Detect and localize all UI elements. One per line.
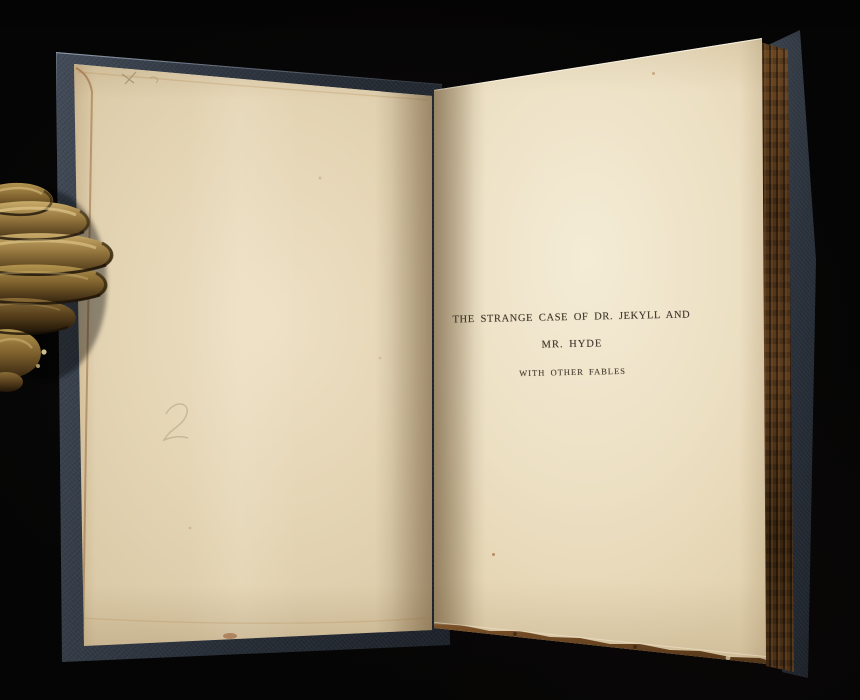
left-flyleaf-page — [70, 58, 435, 650]
specular-glint — [41, 349, 46, 354]
title-page: THE STRANGE CASE OF DR. JEKYLL AND MR. H… — [430, 28, 770, 670]
brass-hand-stand — [0, 180, 124, 392]
pencil-x-mark — [122, 72, 136, 84]
specular-glint — [36, 364, 40, 368]
deckle-bottom-edge — [430, 28, 770, 670]
pencil-numeral-mark — [164, 404, 188, 440]
foxing-stain — [223, 633, 237, 639]
cover-corner-highlight — [764, 17, 802, 34]
photo-scene: THE STRANGE CASE OF DR. JEKYLL AND MR. H… — [0, 0, 860, 700]
gutter-shadow-left — [375, 58, 435, 650]
